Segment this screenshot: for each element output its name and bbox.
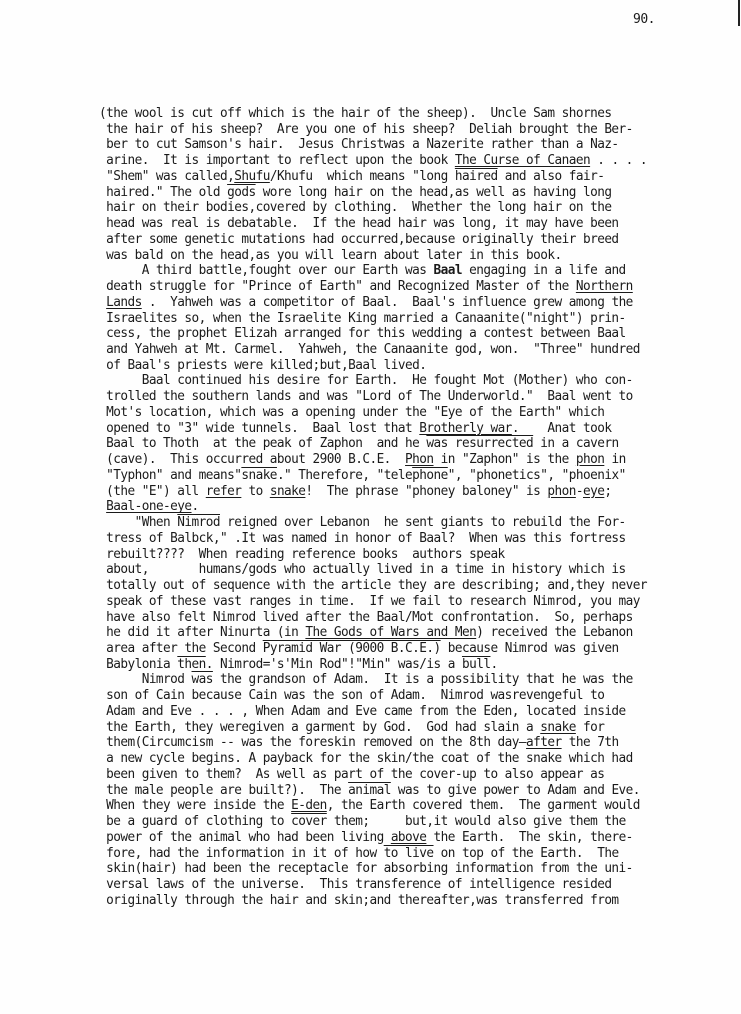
text-line: he did it after Ninurta (in The Gods of …: [99, 625, 691, 641]
text-line: "Shem" was called,Shufu/Khufu which mean…: [99, 169, 691, 185]
text-line: cess, the prophet Elizah arranged for th…: [99, 326, 691, 342]
text-run: totally out of sequence with the article…: [99, 578, 647, 593]
text-run: on top of the Earth. The: [434, 846, 619, 861]
page-edge-mark: [738, 0, 740, 26]
overlined-text: Pyramid War (9000 B.C.E.): [263, 641, 441, 656]
text-run: arine. It is important to reflect upon t…: [99, 153, 455, 168]
text-run: fore, had the information in it of how: [99, 846, 384, 861]
overlined-text: gods: [227, 185, 255, 200]
text-line: a new cycle begins. A payback for the sk…: [99, 751, 691, 767]
text-line: fore, had the information in it of how t…: [99, 846, 691, 862]
text-line: was bald on the head,as you will learn a…: [99, 248, 691, 264]
text-run: the male people are built?). The: [99, 783, 348, 798]
overlined-text: then: [177, 657, 205, 672]
text-run: ." Therefore, "tele: [277, 468, 412, 483]
text-run: to: [241, 484, 269, 499]
underlined-text: Baal-one-eye: [106, 499, 191, 514]
text-run: the Earth, they weregiven a garment by G…: [99, 720, 540, 735]
text-line: be a guard of clothing to cover them; bu…: [99, 814, 691, 830]
bold-text: Baal: [434, 263, 462, 278]
text-line: (the "E") all refer to snake! The phrase…: [99, 484, 691, 500]
text-line: power of the animal who had been living …: [99, 830, 691, 846]
underlined-text: Brotherly war: [419, 421, 512, 436]
text-run: ", "phonetics", "phoenix": [448, 468, 626, 483]
text-run: a new cycle begins. A payback for the sk…: [99, 751, 633, 766]
text-line: tress of Balbck," .It was named in honor…: [99, 531, 691, 547]
text-run: after some genetic mutations had occurre…: [99, 232, 619, 247]
text-run: versal laws of the universe. This transf…: [99, 877, 611, 892]
text-run: (cave). This occurred about 2900 B.C.E.: [99, 452, 405, 467]
text-line: A third battle,fought over our Earth was…: [99, 263, 691, 279]
underlined-text: Phon: [405, 452, 433, 467]
overlined-text: phone: [412, 468, 448, 483]
text-run: "Shem" was called,: [99, 169, 234, 184]
text-line: Baal-one-eye.: [99, 499, 691, 515]
text-run: area after the Second: [99, 641, 263, 656]
text-line: skin(hair) had been the receptacle for a…: [99, 861, 691, 877]
text-run: have also felt Nimrod lived after the Ba…: [99, 610, 633, 625]
overlined-text: haired: [455, 169, 498, 184]
overlined-text: animal: [348, 783, 391, 798]
text-line: them(Circumcism -- was the foreskin remo…: [99, 735, 691, 751]
text-run: . . . .: [590, 153, 647, 168]
text-line: area after the Second Pyramid War (9000 …: [99, 641, 691, 657]
text-run: them; but,it would also give them the: [327, 814, 626, 829]
underlined-text: phon: [576, 452, 604, 467]
underlined-text: Lands: [106, 295, 142, 310]
overlined-text: was resurrected: [426, 436, 533, 451]
text-run: been given to them? As well as part of t…: [99, 767, 604, 782]
text-run: for: [576, 720, 604, 735]
text-run: power of the animal who had been living: [99, 830, 391, 845]
text-line: son of Cain because Cain was the son of …: [99, 688, 691, 704]
text-run: tress of Balbck," .It was named in honor…: [99, 531, 626, 546]
text-run: engaging in a life and: [462, 263, 626, 278]
text-run: Mot's location, which was a opening unde…: [99, 405, 604, 420]
page-number: 90.: [633, 12, 655, 27]
text-run: cess, the prophet Elizah arranged for th…: [99, 326, 626, 341]
text-line: after some genetic mutations had occurre…: [99, 232, 691, 248]
underlined-text: Shufu: [234, 169, 270, 184]
text-line: (the wool is cut off which is the hair o…: [99, 106, 691, 122]
text-run: haired." The old: [99, 185, 227, 200]
text-run: ;: [604, 484, 611, 499]
text-run: the hair of his sheep? Are you one of hi…: [99, 122, 633, 137]
underlined-text: phon: [547, 484, 575, 499]
text-run: opened to "3" wide tunnels. Baal lost th…: [99, 421, 419, 436]
text-run: in "Zaphon" is the: [434, 452, 576, 467]
text-run: Babylonia: [99, 657, 177, 672]
overlined-text: bull: [462, 657, 490, 672]
underlined-text: snake: [540, 720, 576, 735]
overlined-text: Nimrod: [177, 515, 220, 530]
text-run: the 7th: [562, 735, 619, 750]
overlined-text: was: [192, 672, 213, 687]
text-line: have also felt Nimrod lived after the Ba…: [99, 610, 691, 626]
overlined-text: snake: [241, 468, 277, 483]
text-line: Lands . Yahweh was a competitor of Baal.…: [99, 295, 691, 311]
text-line: the male people are built?). The animal …: [99, 783, 691, 799]
text-run: Baal to Thoth at the peak of Zaphon and …: [99, 436, 426, 451]
text-line: of Baal's priests were killed;but,Baal l…: [99, 358, 691, 374]
text-run: "Typhon" and means": [99, 468, 241, 483]
text-run: reigned over Lebanon he sent giants to r…: [220, 515, 626, 530]
text-run: /Khufu which means "long: [270, 169, 455, 184]
text-line: and Yahweh at Mt. Carmel. Yahweh, the Ca…: [99, 342, 691, 358]
text-run: , the Earth covered them. The garment wo…: [327, 798, 640, 813]
document-page: 90. (the wool is cut off which is the ha…: [0, 0, 741, 1014]
text-run: Nimrod: [99, 672, 192, 687]
text-line: speak of these vast ranges in time. If w…: [99, 594, 691, 610]
text-run: . Yahweh was a competitor of Baal. Baal'…: [142, 295, 633, 310]
text-run: son of Cain because Cain was the son of …: [99, 688, 604, 703]
text-run: "When: [99, 515, 177, 530]
text-run: ! The phrase "phoney baloney" is: [305, 484, 547, 499]
text-line: haired." The old gods wore long hair on …: [99, 185, 691, 201]
underlined-text: eye: [583, 484, 604, 499]
text-run: skin(hair) had been the receptacle for a…: [99, 861, 633, 876]
text-run: Baal continued his desire for Earth. He …: [99, 373, 633, 388]
text-run: .: [490, 657, 497, 672]
text-line: totally out of sequence with the article…: [99, 578, 691, 594]
text-run: the grandson of Adam. It is a possibilit…: [213, 672, 633, 687]
text-run: was bald on the head,as you will learn a…: [99, 248, 562, 263]
text-line: about, humans/gods who actually lived in…: [99, 562, 691, 578]
text-line: death struggle for "Prince of Earth" and…: [99, 279, 691, 295]
overlined-text: cover: [291, 814, 327, 829]
text-run: (the "E") all: [99, 484, 206, 499]
text-run: head was real is debatable. If the head …: [99, 216, 619, 231]
text-line: "Typhon" and means"snake." Therefore, "t…: [99, 468, 691, 484]
text-line: Nimrod was the grandson of Adam. It is a…: [99, 672, 691, 688]
underlined-text: Northern: [576, 279, 633, 294]
text-run: (the wool is cut off which is the hair o…: [99, 106, 611, 121]
underlined-text: E-den: [291, 798, 327, 813]
text-run: in a cavern: [533, 436, 618, 451]
underlined-text: The Gods of Wars and Men: [305, 625, 476, 640]
text-line: (cave). This occurred about 2900 B.C.E. …: [99, 452, 691, 468]
text-run: . Nimrod='s'Min Rod"!"Min" was/is a: [206, 657, 462, 672]
text-run: trolled the southern lands and was "Lord…: [99, 389, 633, 404]
text-run: in: [604, 452, 625, 467]
text-line: Baal continued his desire for Earth. He …: [99, 373, 691, 389]
text-line: been given to them? As well as part of t…: [99, 767, 691, 783]
text-run: and also fair-: [498, 169, 605, 184]
text-run: When they were inside the: [99, 798, 291, 813]
text-line: trolled the southern lands and was "Lord…: [99, 389, 691, 405]
text-run: was to give power to Adam and Eve.: [391, 783, 640, 798]
text-line: originally through the hair and skin;and…: [99, 893, 691, 909]
text-run: Adam and Eve . . . , When Adam and Eve c…: [99, 704, 626, 719]
text-line: hair on their bodies,covered by clothing…: [99, 200, 691, 216]
underlined-text: The Curse of Canaen: [455, 153, 590, 168]
overlined-text: to live: [384, 846, 434, 861]
underlined-text: refer: [206, 484, 242, 499]
text-run: ) received the Lebanon: [476, 625, 633, 640]
underlined-text: after: [526, 735, 562, 750]
text-run: them(Circumcism -- was the foreskin remo…: [99, 735, 526, 750]
underlined-text: snake: [270, 484, 306, 499]
text-run: originally through the hair and skin;and…: [99, 893, 619, 908]
text-run: Israelites so, when the Israelite King m…: [99, 311, 626, 326]
text-run: .: [192, 499, 199, 514]
text-line: Mot's location, which was a opening unde…: [99, 405, 691, 421]
text-run: wore long hair on the head,as well as ha…: [256, 185, 612, 200]
text-line: ber to cut Samson's hair. Jesus Christwa…: [99, 137, 691, 153]
text-run: the Earth. The skin, there-: [426, 830, 632, 845]
text-run: because Nimrod was given: [441, 641, 619, 656]
underlined-text: above: [391, 830, 427, 845]
text-line: "When Nimrod reigned over Lebanon he sen…: [99, 515, 691, 531]
text-line: When they were inside the E-den, the Ear…: [99, 798, 691, 814]
text-run: hair on their bodies,covered by clothing…: [99, 200, 611, 215]
text-run: . Anat took: [512, 421, 612, 436]
text-run: he did it after Ninurta (in: [99, 625, 305, 640]
text-run: A third battle,fought over our Earth was: [99, 263, 434, 278]
text-line: arine. It is important to reflect upon t…: [99, 153, 691, 169]
text-line: Adam and Eve . . . , When Adam and Eve c…: [99, 704, 691, 720]
text-line: opened to "3" wide tunnels. Baal lost th…: [99, 421, 691, 437]
text-line: the Earth, they weregiven a garment by G…: [99, 720, 691, 736]
text-line: head was real is debatable. If the head …: [99, 216, 691, 232]
text-run: death struggle for "Prince of Earth" and…: [99, 279, 576, 294]
text-line: Israelites so, when the Israelite King m…: [99, 311, 691, 327]
text-line: Baal to Thoth at the peak of Zaphon and …: [99, 436, 691, 452]
text-run: about, humans/gods who actually lived in…: [99, 562, 626, 577]
text-run: and Yahweh at Mt. Carmel. Yahweh, the Ca…: [99, 342, 640, 357]
text-run: of Baal's priests were killed;but,Baal l…: [99, 358, 426, 373]
text-run: speak of these vast ranges in time. If w…: [99, 594, 640, 609]
text-line: versal laws of the universe. This transf…: [99, 877, 691, 893]
body-text: (the wool is cut off which is the hair o…: [99, 106, 699, 908]
text-line: the hair of his sheep? Are you one of hi…: [99, 122, 691, 138]
text-run: rebuilt???? When reading reference books…: [99, 547, 505, 562]
text-run: be a guard of clothing to: [99, 814, 291, 829]
text-line: Babylonia then. Nimrod='s'Min Rod"!"Min"…: [99, 657, 691, 673]
text-run: ber to cut Samson's hair. Jesus Christwa…: [99, 137, 619, 152]
text-line: rebuilt???? When reading reference books…: [99, 547, 691, 563]
